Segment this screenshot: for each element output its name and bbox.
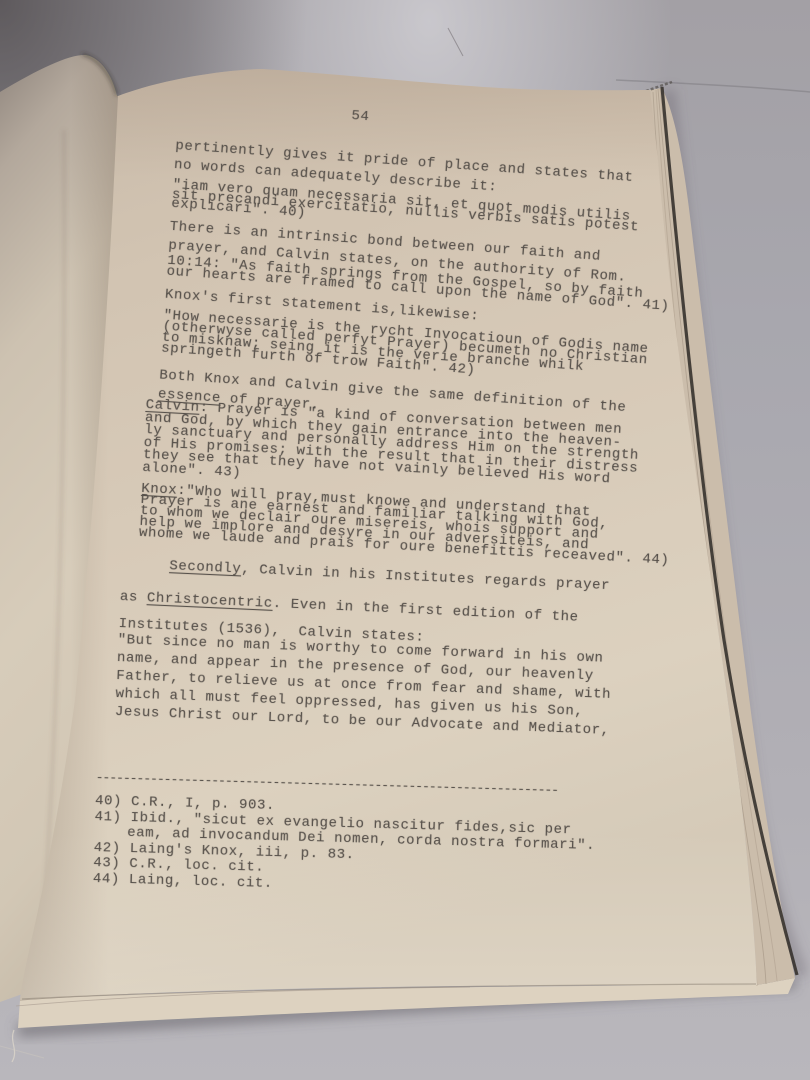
page-number: 54: [351, 108, 370, 125]
book-photo-scene: 54 pertinently gives it pride of place a…: [0, 0, 810, 1080]
text-block-institutes: "But since no man is worthy to come forw…: [115, 631, 613, 740]
text-block-footnotes: ----------------------------------------…: [93, 768, 597, 901]
text-block-opening: pertinently gives it pride of place and …: [157, 137, 679, 439]
text-block-quotes: Calvin: Prayer is "a kind of conversatio…: [139, 399, 677, 567]
